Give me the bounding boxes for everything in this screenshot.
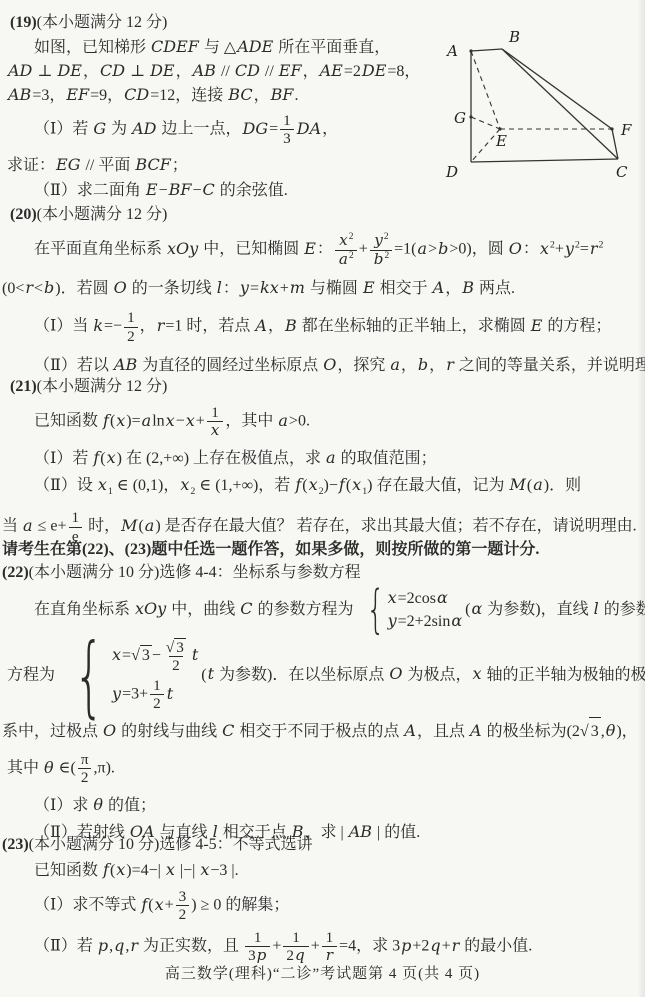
math-var: BCF — [134, 155, 171, 174]
math-var: b — [373, 250, 385, 268]
math-var: x — [351, 475, 362, 494]
math-var: m — [289, 278, 306, 297]
figure-vertex-dots — [469, 49, 613, 130]
q21-line-3: （Ⅰ）若 f(x) 在 (2,+∞) 上存在极值点，求 a 的取值范围； — [0, 445, 645, 472]
superscript: 2 — [349, 232, 354, 242]
fraction: 13 — [280, 112, 294, 148]
math-var: DE — [56, 61, 83, 80]
math-var: AB — [113, 355, 138, 374]
math-var: θ — [43, 758, 55, 777]
math-var: G — [92, 119, 107, 138]
fraction: 32 — [176, 888, 190, 924]
math-var: E — [362, 278, 376, 297]
math-var: AD — [131, 119, 157, 138]
math-var: x — [106, 448, 117, 467]
math-var: α — [450, 611, 463, 630]
math-var: AB — [7, 85, 32, 104]
math-var: A — [469, 721, 483, 740]
math-var: x — [111, 645, 122, 664]
q23-line-2: 已知函数 f(x)=4−| x |−| x−3 |. — [0, 857, 645, 883]
math-var: a — [141, 411, 153, 430]
math-var: BF — [270, 85, 295, 104]
math-var: A — [432, 278, 446, 297]
math-var: α — [470, 599, 483, 618]
math-var: y — [387, 611, 398, 630]
superscript: 2 — [349, 251, 354, 261]
equation-system: {x=2cosαy=2+2sinα — [359, 587, 463, 634]
brace: { — [367, 587, 385, 634]
figure-label-C: C — [616, 163, 628, 181]
math-var: x — [210, 421, 221, 439]
fraction: 13p — [245, 929, 270, 965]
question-22: (22)(本小题满分 10 分)选修 4-4：坐标系与参数方程 在直角坐标系 x… — [0, 561, 645, 845]
math-var: C — [221, 721, 235, 740]
question-23: (23)(本小题满分 10 分)选修 4-5：不等式选讲 已知函数 f(x)=4… — [0, 833, 645, 970]
math-var: E — [303, 239, 317, 258]
math-var: E — [530, 316, 544, 335]
square-root: √3 — [580, 717, 601, 746]
math-var: x — [199, 860, 210, 879]
math-var: AD — [7, 61, 33, 80]
figure-label-A: A — [445, 42, 458, 60]
math-var: O — [508, 239, 523, 258]
math-var: t — [166, 684, 174, 703]
math-var: EG — [55, 155, 81, 174]
math-var: α — [436, 588, 449, 607]
math-var: x — [97, 475, 108, 494]
math-var: M — [508, 475, 526, 494]
math-var: a — [325, 448, 337, 467]
math-var: r — [445, 355, 455, 374]
math-var: b — [437, 239, 449, 258]
math-var: t — [191, 645, 199, 664]
math-var: DE — [149, 61, 176, 80]
math-var: BC — [227, 85, 253, 104]
q20-line-4: （Ⅰ）当 k=−12，r=1 时，若点 A，B 都在坐标轴的正半轴上，求椭圆 E… — [0, 309, 645, 345]
fraction: 12 — [150, 677, 164, 713]
page-footer: 高三数学(理科)“二诊”考试题第 4 页(共 4 页) — [0, 962, 645, 983]
square-root: √3 — [166, 638, 186, 656]
math-var: E — [145, 180, 159, 199]
figure-label-G: G — [454, 109, 466, 127]
math-var: M — [120, 516, 138, 535]
math-var: b — [43, 278, 55, 297]
math-var: a — [144, 516, 156, 535]
fraction: √32 — [163, 638, 189, 675]
notice-line: 请考生在第(22)、(23)题中任选一题作答，如果多做，则按所做的第一题计分. — [0, 538, 645, 561]
math-var: CD — [99, 61, 126, 80]
figure-label-D: D — [445, 163, 458, 181]
math-var: y — [239, 278, 250, 297]
math-var: a — [22, 516, 34, 535]
q20-header: (20)(本小题满分 12 分) — [0, 202, 645, 227]
fraction: y2b2 — [370, 232, 392, 268]
math-var: x — [539, 239, 550, 258]
math-var: xOy — [134, 599, 167, 618]
superscript: 2 — [384, 251, 389, 261]
figure-label-E: E — [495, 132, 507, 150]
math-var: q — [113, 936, 125, 955]
math-var: x — [387, 588, 398, 607]
math-var: x — [165, 860, 176, 879]
fraction: 12q — [283, 929, 308, 965]
math-var: BF — [168, 180, 193, 199]
math-var: θ — [92, 795, 104, 814]
superscript: 2 — [599, 239, 604, 250]
square-root: √3 — [131, 645, 152, 666]
math-var: f — [102, 860, 110, 879]
math-var: x — [115, 411, 126, 430]
q22-line-6: （Ⅰ）求 θ 的值； — [0, 792, 645, 819]
math-var: x — [154, 895, 165, 914]
math-var: C — [202, 180, 216, 199]
math-var: DA — [296, 119, 322, 138]
q22-line-5: 其中 θ ∈(π2,π). — [0, 751, 645, 787]
figure-label-B: B — [508, 28, 520, 46]
math-var: x — [179, 475, 190, 494]
math-var: A — [403, 721, 417, 740]
math-var: AE — [319, 61, 344, 80]
q21-header: (21)(本小题满分 12 分) — [0, 374, 645, 399]
math-var: a — [532, 475, 544, 494]
q21-line-2: 已知函数 f(x)=alnx−x+1x，其中 a>0. — [0, 404, 645, 440]
math-var: y — [564, 239, 575, 258]
math-var: x — [165, 411, 176, 430]
q23-line-3: （Ⅰ）求不等式 f(x+32) ≥ 0 的解集； — [0, 888, 645, 924]
equation-system: {x=√3−√32ty=3+12t — [61, 636, 199, 715]
math-var: EF — [65, 85, 90, 104]
math-var: B — [284, 316, 298, 335]
figure-solid-edges — [471, 49, 618, 162]
math-var: p — [400, 936, 412, 955]
math-var: θ — [605, 721, 617, 740]
math-var: O — [113, 278, 128, 297]
q22-header: (22)(本小题满分 10 分)选修 4-4：坐标系与参数方程 — [0, 561, 645, 585]
question-21: (21)(本小题满分 12 分) 已知函数 f(x)=alnx−x+1x，其中 … — [0, 374, 645, 550]
fraction: 12 — [124, 309, 138, 345]
math-var: xOy — [166, 239, 199, 258]
math-var: y — [373, 231, 384, 249]
q22-line-3: 方程为 {x=√3−√32ty=3+12t(t 为参数)．在以坐标原点 O 为极… — [0, 636, 645, 715]
math-var: x — [185, 411, 196, 430]
math-var: r — [24, 278, 34, 297]
math-var: r — [451, 936, 461, 955]
fraction: x2a2 — [335, 232, 357, 268]
math-var: f — [102, 411, 110, 430]
math-var: r — [589, 239, 599, 258]
math-var: a — [277, 411, 289, 430]
fraction: π2 — [78, 751, 92, 787]
brace: { — [74, 636, 105, 715]
math-var: y — [111, 684, 122, 703]
fraction: 1r — [322, 929, 337, 965]
math-var: EF — [278, 61, 303, 80]
q23-line-4: （Ⅱ）若 p,q,r 为正实数，且 13p+12q+1r=4，求 3p+2q+r… — [0, 929, 645, 965]
math-var: l — [593, 599, 600, 618]
q20-line-3: (0<r<b)．若圆 O 的一条切线 l：y=kx+m 与椭圆 E 相交于 A，… — [0, 273, 645, 304]
question-20: (20)(本小题满分 12 分) 在平面直角坐标系 xOy 中，已知椭圆 E：x… — [0, 202, 645, 381]
math-var: DG — [242, 119, 270, 138]
math-var: k — [92, 316, 104, 335]
math-var: CD — [234, 61, 261, 80]
math-var: CDEF — [150, 37, 200, 56]
math-var: b — [417, 355, 429, 374]
math-var: O — [322, 355, 337, 374]
math-var: r — [129, 936, 139, 955]
math-var: A — [254, 316, 268, 335]
fraction: 1x — [207, 404, 224, 440]
math-var: p — [97, 936, 109, 955]
math-var: a — [389, 355, 401, 374]
math-var: l — [216, 278, 223, 297]
q21-line-4: （Ⅱ）设 x1 ∈ (0,1)，x2 ∈ (1,+∞)，若 f(x2)−f(x1… — [0, 472, 645, 504]
math-var: x — [338, 231, 349, 249]
choose-one-notice: 请考生在第(22)、(23)题中任选一题作答，如果多做，则按所做的第一题计分. — [0, 538, 645, 561]
math-var: ADE — [236, 37, 274, 56]
superscript: 2 — [384, 232, 389, 242]
math-var: r — [156, 316, 166, 335]
math-var: t — [207, 664, 215, 683]
math-var: AB — [192, 61, 217, 80]
math-var: B — [461, 278, 475, 297]
math-var: x — [472, 664, 483, 683]
math-var: kx — [259, 278, 280, 297]
math-var: f — [338, 475, 346, 494]
math-var: a — [417, 239, 429, 258]
math-var: C — [239, 599, 253, 618]
math-var: CD — [123, 85, 150, 104]
math-var: q — [429, 936, 441, 955]
q19-figure: A B C D E F G — [438, 28, 645, 183]
exam-page: { "footer": "高三数学(理科)“二诊”考试题第 4 页(共 4 页)… — [0, 0, 645, 997]
figure-dashed-edges — [471, 51, 612, 162]
q23-header: (23)(本小题满分 10 分)选修 4-5：不等式选讲 — [0, 833, 645, 857]
math-var: O — [388, 664, 403, 683]
math-var: x — [308, 475, 319, 494]
math-var: a — [338, 250, 349, 268]
math-var: x — [115, 860, 126, 879]
q20-line-2: 在平面直角坐标系 xOy 中，已知椭圆 E：x2a2+y2b2=1(a>b>0)… — [0, 232, 645, 268]
figure-label-F: F — [620, 121, 632, 139]
math-var: DE — [361, 61, 388, 80]
